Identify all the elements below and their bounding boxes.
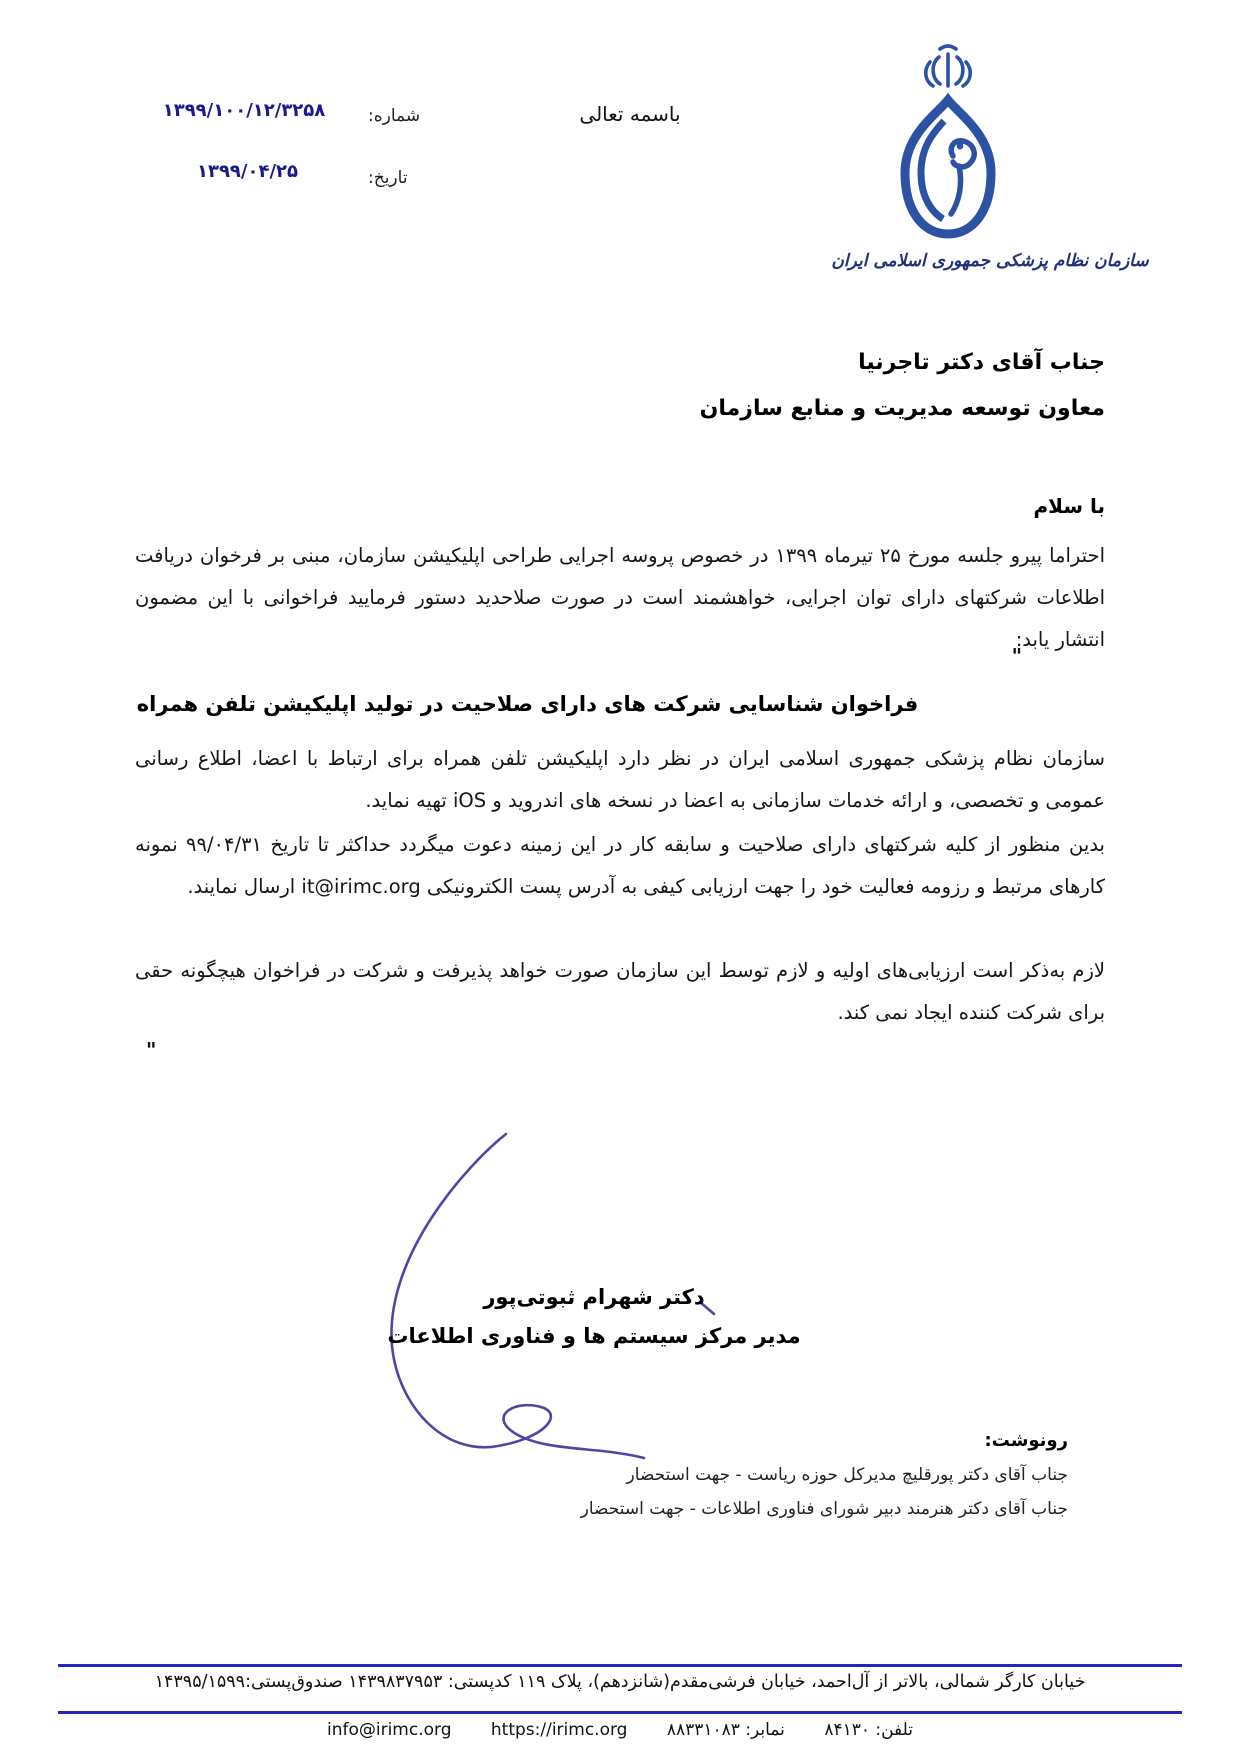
- close-quote-mark: ": [146, 1038, 156, 1062]
- fax-value: ۸۸۳۳۱۰۸۳: [667, 1720, 740, 1740]
- open-quote-mark: ": [1012, 644, 1022, 668]
- phone-segment: تلفن: ۸۴۱۳۰: [819, 1720, 913, 1740]
- recipient-name: جناب آقای دکتر تاجرنیا: [700, 340, 1105, 386]
- fax-label: نمابر:: [745, 1720, 785, 1740]
- phone-label: تلفن:: [875, 1720, 913, 1740]
- email-address: info@irimc.org: [327, 1720, 452, 1740]
- salutation: با سلام: [1034, 494, 1106, 518]
- number-label: شماره:: [368, 106, 420, 126]
- serpent-icon: [951, 141, 974, 214]
- signatory-name: دکتر شهرام ثبوتی‌پور: [378, 1278, 810, 1317]
- signatory-title: مدیر مرکز سیستم ها و فناوری اطلاعات: [378, 1317, 810, 1356]
- letter-page: شماره: ۱۳۹۹/۱۰۰/۱۲/۳۲۵۸ تاریخ: ۱۳۹۹/۰۴/۲…: [0, 0, 1240, 1754]
- recipient-title: معاون توسعه مدیریت و منابع سازمان: [700, 386, 1105, 432]
- body-paragraph-4: لازم به‌ذکر است ارزیابی‌های اولیه و لازم…: [135, 950, 1105, 1034]
- date-label: تاریخ:: [368, 168, 408, 188]
- footer-middle-rule: [58, 1711, 1182, 1714]
- inner-drop-line: [921, 121, 944, 219]
- org-name-calligraphy: سازمان نظام پزشکی جمهوری اسلامی ایران: [820, 250, 1160, 272]
- fax-segment: نمابر: ۸۸۳۳۱۰۸۳: [661, 1720, 784, 1740]
- announcement-title: فراخوان شناسایی شرکت های دارای صلاحیت در…: [135, 692, 920, 716]
- body-paragraph-1: احتراما پیرو جلسه مورخ ۲۵ تیرماه ۱۳۹۹ در…: [135, 535, 1105, 661]
- footer-contact-row: تلفن: ۸۴۱۳۰ نمابر: ۸۸۳۳۱۰۸۳ https://irim…: [62, 1720, 1178, 1740]
- recipient-block: جناب آقای دکتر تاجرنیا معاون توسعه مدیری…: [700, 340, 1105, 432]
- footer-address: خیابان کارگر شمالی، بالاتر از آل‌احمد، خ…: [62, 1672, 1178, 1692]
- body-paragraph-2: سازمان نظام پزشکی جمهوری اسلامی ایران در…: [135, 738, 1105, 822]
- cc-block: رونوشت: جناب آقای دکتر پورقلیچ مدیرکل حو…: [581, 1430, 1068, 1526]
- website-url: https://irimc.org: [491, 1720, 628, 1740]
- irimc-logo-icon: [883, 44, 1013, 242]
- body-paragraph-3: بدین منظور از کلیه شرکتهای دارای صلاحیت …: [135, 824, 1105, 908]
- cc-label: رونوشت:: [581, 1430, 1068, 1451]
- date-value: ۱۳۹۹/۰۴/۲۵: [150, 161, 345, 182]
- number-value: ۱۳۹۹/۱۰۰/۱۲/۳۲۵۸: [128, 100, 360, 121]
- footer-top-rule: [58, 1664, 1182, 1667]
- phone-value: ۸۴۱۳۰: [824, 1720, 870, 1740]
- serpent-head: [957, 143, 964, 150]
- iran-emblem-icon: [926, 46, 971, 86]
- cc-item: جناب آقای دکتر پورقلیچ مدیرکل حوزه ریاست…: [581, 1458, 1068, 1492]
- basmala-heading: باسمه تعالی: [545, 102, 715, 126]
- cc-item: جناب آقای دکتر هنرمند دبیر شورای فناوری …: [581, 1492, 1068, 1526]
- signatory-block: دکتر شهرام ثبوتی‌پور مدیر مرکز سیستم ها …: [378, 1278, 810, 1356]
